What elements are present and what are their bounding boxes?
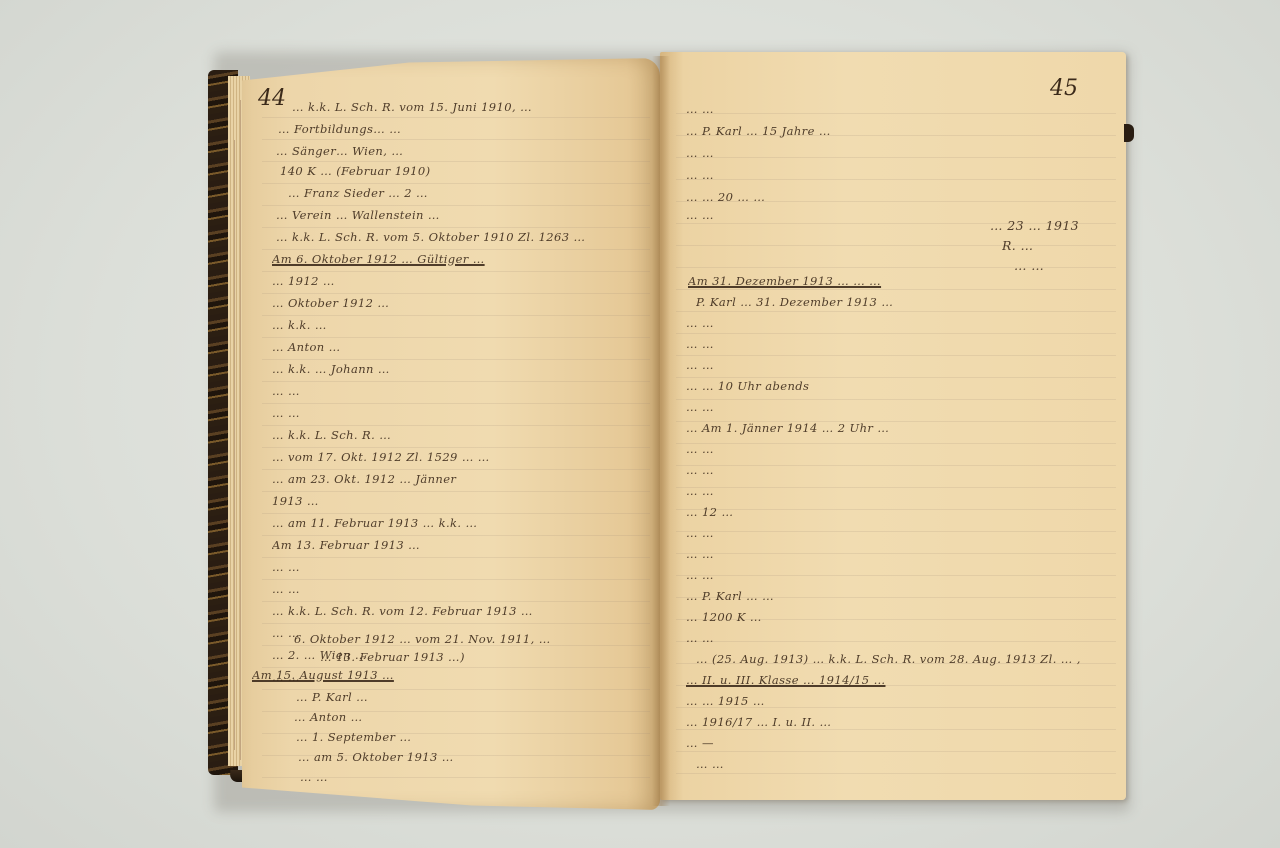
handwritten-line: … Anton … [272, 340, 648, 354]
handwritten-line: … … [686, 358, 1106, 372]
handwritten-line: … … [686, 631, 1106, 645]
book-clasp [1124, 124, 1134, 142]
handwritten-line: … … [686, 208, 866, 222]
handwritten-line: … Sänger… Wien, … [276, 144, 648, 158]
handwritten-line: … Fortbildungs… … [278, 122, 650, 136]
handwritten-line: … k.k. … Johann … [272, 362, 648, 376]
handwritten-line: … k.k. L. Sch. R. … [272, 428, 648, 442]
handwritten-line: … Anton … [294, 710, 648, 724]
handwritten-line: … 13. Februar 1913 …) [320, 650, 620, 664]
margin-rule [234, 140, 235, 750]
handwritten-line: … Am 1. Jänner 1914 … 2 Uhr … [686, 421, 1106, 435]
handwritten-line: … 1916/17 … I. u. II. … [686, 715, 1106, 729]
handwritten-line: … k.k. … [272, 318, 648, 332]
handwritten-line: … II. u. III. Klasse … 1914/15 … [686, 673, 1106, 687]
handwritten-line: … Oktober 1912 … [272, 296, 648, 310]
handwritten-line: … … [686, 102, 1106, 116]
handwritten-line: 1913 … [272, 494, 648, 508]
handwritten-line: … vom 17. Okt. 1912 Zl. 1529 … … [272, 450, 648, 464]
handwritten-line: … Franz Sieder … 2 … [288, 186, 648, 200]
handwritten-line: … … [686, 526, 1106, 540]
signature-date: … 23 … 1913 [990, 218, 1110, 233]
handwritten-line: … … [272, 560, 648, 574]
handwritten-line: … am 23. Okt. 1912 … Jänner [272, 472, 648, 486]
handwritten-line: … … 20 … … [686, 190, 1106, 204]
handwritten-line: … … [686, 463, 1106, 477]
handwritten-line: … (25. Aug. 1913) … k.k. L. Sch. R. vom … [696, 652, 1108, 666]
handwritten-line: … … [686, 442, 1106, 456]
handwritten-line: Am 15. August 1913 … [252, 668, 648, 682]
handwritten-line: … k.k. L. Sch. R. vom 5. Oktober 1910 Zl… [276, 230, 648, 244]
handwritten-line: … … [686, 400, 1106, 414]
handwritten-line: P. Karl … 31. Dezember 1913 … [696, 295, 1108, 309]
margin-rule [240, 100, 241, 760]
handwritten-line: … … [686, 168, 1106, 182]
page-number-left: 44 [258, 86, 286, 111]
signature-title: … … [1014, 258, 1104, 273]
handwritten-line: … 12 … [686, 505, 1106, 519]
handwritten-line: … am 5. Oktober 1913 … [298, 750, 648, 764]
handwritten-line: … P. Karl … 15 Jahre … [686, 124, 1106, 138]
signature-name: R. … [1002, 238, 1092, 253]
handwritten-line: … am 11. Februar 1913 … k.k. … [272, 516, 648, 530]
handwritten-line: … k.k. L. Sch. R. vom 15. Juni 1910, … [292, 100, 652, 114]
handwritten-line: … … [272, 582, 648, 596]
handwritten-line: … … 10 Uhr abends [686, 379, 1106, 393]
handwritten-line: … Verein … Wallenstein … [276, 208, 648, 222]
page-number-right: 45 [1050, 76, 1078, 101]
handwritten-line: … … 1915 … [686, 694, 1106, 708]
handwritten-line: 6. Oktober 1912 … vom 21. Nov. 1911, … [294, 632, 650, 646]
handwritten-line: … … [686, 547, 1106, 561]
handwritten-line: … … [686, 484, 1106, 498]
handwritten-line: 140 K … (Februar 1910) [280, 164, 480, 178]
handwritten-line: … … [686, 337, 1106, 351]
handwritten-line: … 1912 … [272, 274, 648, 288]
handwritten-line: Am 31. Dezember 1913 … … … [688, 274, 1108, 288]
handwritten-line: … … [696, 757, 1106, 771]
handwritten-line: … … [272, 384, 648, 398]
handwritten-line: … — [686, 736, 806, 750]
book-gutter [652, 56, 670, 806]
handwritten-line: … P. Karl … [296, 690, 648, 704]
handwritten-line: … 1. September … [296, 730, 648, 744]
handwritten-line: … k.k. L. Sch. R. vom 12. Februar 1913 … [272, 604, 648, 618]
handwritten-line: … … [272, 406, 648, 420]
handwritten-line: … P. Karl … … [686, 589, 1106, 603]
handwritten-line: … 1200 K … [686, 610, 1106, 624]
handwritten-line: Am 6. Oktober 1912 … Gültiger … [272, 252, 648, 266]
handwritten-line: … … [686, 146, 1106, 160]
handwritten-line: Am 13. Februar 1913 … [272, 538, 648, 552]
handwritten-line: … … [300, 770, 640, 784]
handwritten-line: … … [686, 316, 1106, 330]
